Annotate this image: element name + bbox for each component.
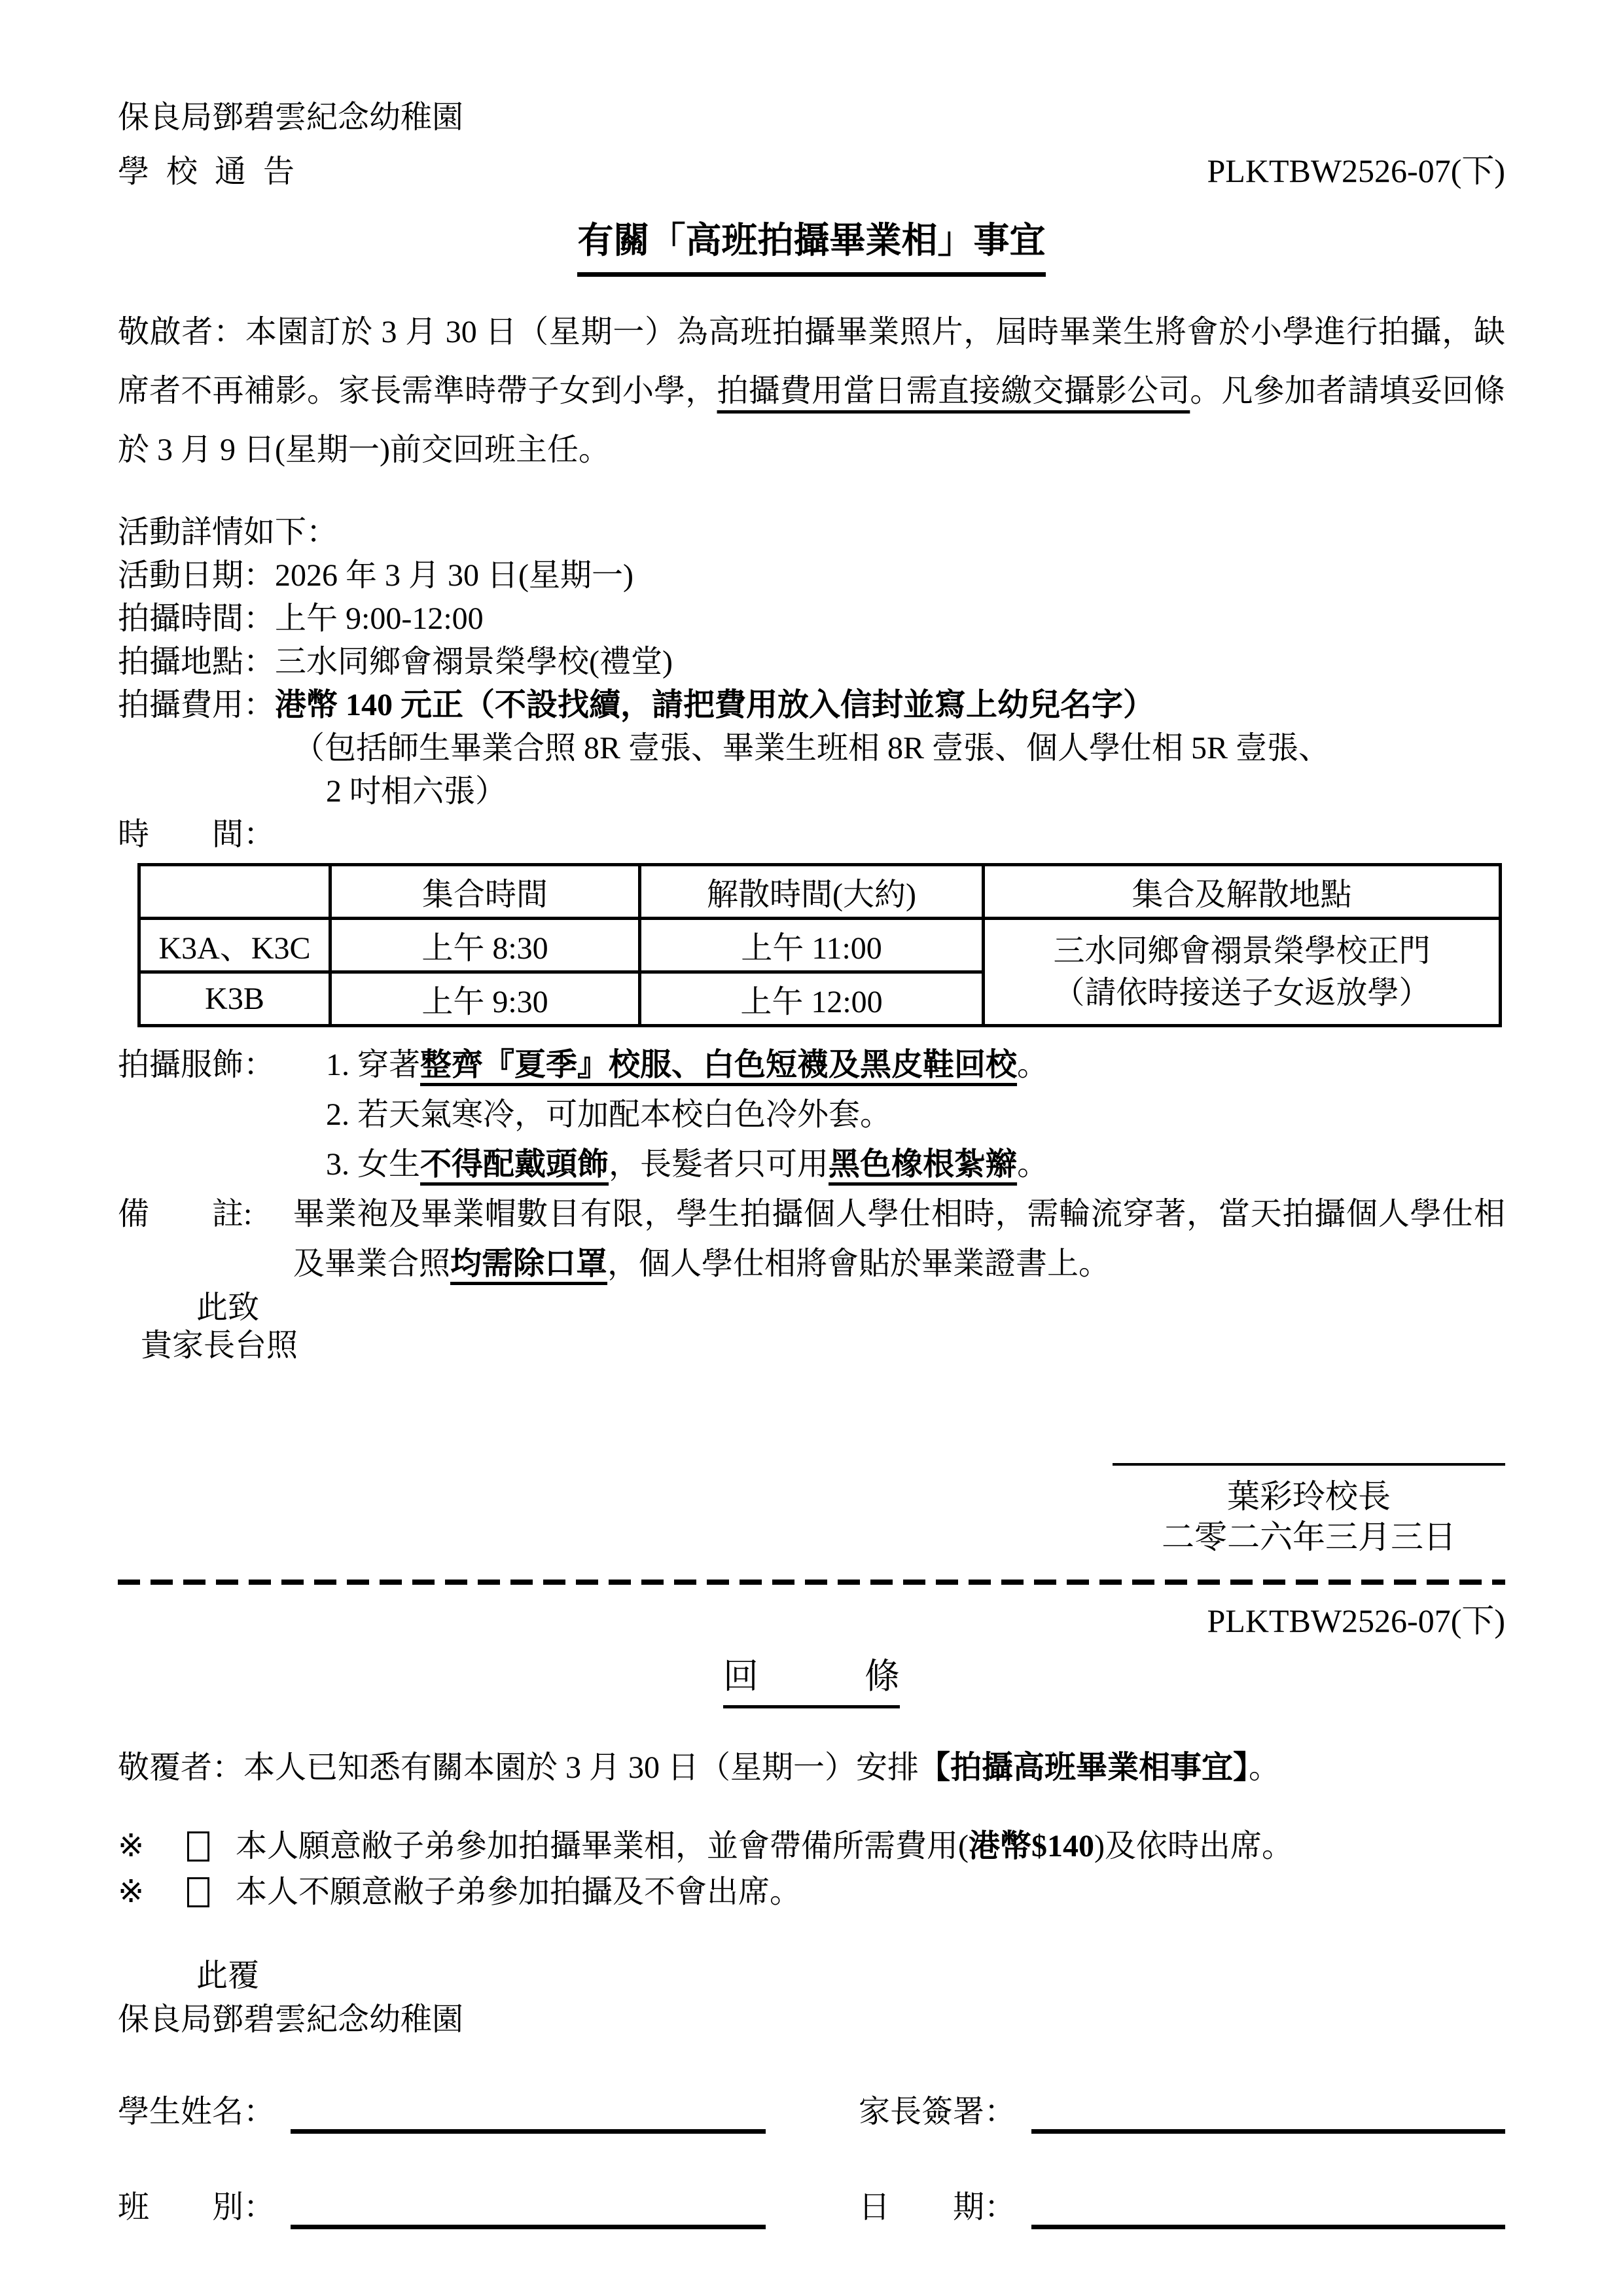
schedule-table: 集合時間 解散時間(大約) 集合及解散地點 K3A、K3C 上午 8:30 上午… (137, 863, 1502, 1027)
event-details: 活動詳情如下： 活動日期：2026 年 3 月 30 日(星期一) 拍攝時間：上… (118, 511, 1505, 857)
attire-item1-prefix: 1. 穿著 (326, 1048, 420, 1082)
parent-sign-group: 家長簽署： (859, 2091, 1505, 2134)
ack-suffix: 。 (1249, 1750, 1280, 1785)
intro-text-underlined: 拍攝費用當日需直接繳交攝影公司 (717, 374, 1190, 408)
schedule-label: 時 間： (118, 813, 1505, 857)
remarks-label: 備 註: (118, 1190, 293, 1289)
parent-sign-label: 家長簽署： (859, 2091, 1016, 2134)
event-venue-value: 三水同鄉會禤景榮學校(禮堂) (275, 645, 673, 679)
school-notice-page: 保良局鄧碧雲紀念幼稚園 學 校 通 告 PLKTBW2526-07(下) 有關「… (0, 0, 1623, 2296)
form-row-2: 班 別： 日 期： (118, 2186, 1505, 2229)
student-name-label: 學生姓名： (118, 2091, 275, 2134)
fee-note-line2: 2 吋相六張） (326, 770, 1505, 813)
form-row-1: 學生姓名： 家長簽署： (118, 2091, 1505, 2134)
reply-school-name: 保良局鄧碧雲紀念幼稚園 (118, 2000, 1505, 2040)
option1-fee-emph: 港幣$140 (969, 1829, 1094, 1863)
event-time-line: 拍攝時間：上午 9:00-12:00 (118, 597, 1505, 641)
date-input-line[interactable] (1031, 2188, 1505, 2229)
attire-item1-suffix: 。 (1017, 1048, 1048, 1082)
date-label: 日 期： (859, 2186, 1016, 2229)
option1-suffix: )及依時出席。 (1094, 1829, 1293, 1863)
reference-mark: ※ (118, 1869, 187, 1915)
event-date-line: 活動日期：2026 年 3 月 30 日(星期一) (118, 554, 1505, 597)
notice-header-row: 學 校 通 告 PLKTBW2526-07(下) (118, 150, 1505, 192)
checkbox-decline[interactable] (187, 1877, 209, 1907)
event-time-value: 上午 9:00-12:00 (275, 601, 484, 636)
attire-item-2: 2. 若天氣寒冷，可加配本校白色冷外套。 (326, 1090, 1505, 1140)
header-assembly-cell: 集合時間 (330, 865, 640, 919)
reply-acknowledgement: 敬覆者：本人已知悉有關本園於 3 月 30 日（星期一）安排【拍攝高班畢業相事宜… (118, 1745, 1505, 1791)
assembly-cell: 上午 9:30 (330, 972, 640, 1026)
details-heading: 活動詳情如下： (118, 511, 1505, 554)
reply-reference-number: PLKTBW2526-07(下) (118, 1600, 1505, 1641)
date-group: 日 期： (859, 2186, 1505, 2229)
option-decline-row: ※ 本人不願意敝子弟參加拍攝及不會出席。 (118, 1869, 1505, 1915)
event-venue-label: 拍攝地點： (118, 645, 275, 679)
header-location-cell: 集合及解散地點 (984, 865, 1501, 919)
intro-paragraph: 敬啟者：本園訂於 3 月 30 日（星期一）為高班拍攝畢業照片，屆時畢業生將會於… (118, 303, 1505, 480)
reply-slip-title: 回 條 (723, 1651, 900, 1708)
attire-items: 1. 穿著整齊『夏季』校服、白色短襪及黑皮鞋回校。 2. 若天氣寒冷，可加配本校… (326, 1040, 1505, 1190)
dismissal-cell: 上午 12:00 (640, 972, 984, 1026)
remarks-section: 備 註: 畢業袍及畢業帽數目有限，學生拍攝個人學仕相時，需輪流穿著，當天拍攝個人… (118, 1190, 1505, 1289)
parent-sign-input-line[interactable] (1031, 2093, 1505, 2134)
option-attend-row: ※ 本人願意敝子弟參加拍攝畢業相，並會帶備所需費用(港幣$140)及依時出席。 (118, 1824, 1505, 1869)
header-class-cell (139, 865, 330, 919)
attire-item3-suffix: 。 (1017, 1147, 1048, 1182)
notice-type-label: 學 校 通 告 (118, 152, 294, 192)
ack-emph: 【拍攝高班畢業相事宜】 (919, 1750, 1249, 1785)
option-decline-text: 本人不願意敝子弟參加拍攝及不會出席。 (236, 1869, 801, 1915)
class-cell: K3A、K3C (139, 919, 330, 972)
attire-item3-prefix: 3. 女生 (326, 1147, 420, 1182)
closing-addressee: 貴家長台照 (118, 1327, 1505, 1365)
student-name-input-line[interactable] (291, 2093, 766, 2134)
principal-name: 葉彩玲校長 (1113, 1477, 1505, 1515)
class-input-line[interactable] (291, 2188, 766, 2229)
signature-date: 二零二六年三月三日 (1113, 1518, 1505, 1556)
remarks-text-after: ，個人學仕相將會貼於畢業證書上。 (607, 1246, 1110, 1281)
schedule-header-row: 集合時間 解散時間(大約) 集合及解散地點 (139, 865, 1501, 919)
signature-block: 葉彩玲校長 二零二六年三月三日 (1113, 1463, 1505, 1556)
attire-item3-mid: ，長髮者只可用 (609, 1147, 829, 1182)
dismissal-cell: 上午 11:00 (640, 919, 984, 972)
ack-prefix: 敬覆者：本人已知悉有關本園於 3 月 30 日（星期一）安排 (118, 1750, 919, 1785)
event-venue-line: 拍攝地點：三水同鄉會禤景榮學校(禮堂) (118, 641, 1505, 684)
attire-item3-emph2: 黑色橡根紮辮 (829, 1147, 1017, 1182)
student-name-group: 學生姓名： (118, 2091, 766, 2134)
signature-line (1113, 1463, 1505, 1466)
event-fee-label: 拍攝費用： (118, 688, 275, 722)
location-cell: 三水同鄉會禤景榮學校正門 （請依時接送子女返放學） (984, 919, 1501, 1026)
event-fee-value: 港幣 140 元正（不設找續，請把費用放入信封並寫上幼兒名字） (275, 688, 1154, 722)
dashed-separator (118, 1580, 1505, 1585)
title-wrap: 有關「高班拍攝畢業相」事宜 (118, 213, 1505, 277)
header-dismissal-cell: 解散時間(大約) (640, 865, 984, 919)
option1-prefix: 本人願意敝子弟參加拍攝畢業相，並會帶備所需費用( (236, 1829, 969, 1863)
attire-item-3: 3. 女生不得配戴頭飾，長髮者只可用黑色橡根紮辮。 (326, 1140, 1505, 1190)
checkbox-attend[interactable] (187, 1831, 209, 1862)
page-title: 有關「高班拍攝畢業相」事宜 (577, 213, 1045, 277)
school-name: 保良局鄧碧雲紀念幼稚園 (118, 98, 1505, 137)
assembly-cell: 上午 8:30 (330, 919, 640, 972)
class-label: 班 別： (118, 2186, 275, 2229)
attire-label: 拍攝服飾： (118, 1040, 326, 1190)
attire-section: 拍攝服飾： 1. 穿著整齊『夏季』校服、白色短襪及黑皮鞋回校。 2. 若天氣寒冷… (118, 1040, 1505, 1190)
reference-number: PLKTBW2526-07(下) (1207, 150, 1506, 191)
reply-title-wrap: 回 條 (118, 1651, 1505, 1708)
option-attend-text: 本人願意敝子弟參加拍攝畢業相，並會帶備所需費用(港幣$140)及依時出席。 (236, 1824, 1293, 1869)
event-time-label: 拍攝時間： (118, 601, 275, 636)
attire-item1-emph: 整齊『夏季』校服、白色短襪及黑皮鞋回校 (420, 1048, 1017, 1082)
class-group: 班 別： (118, 2186, 766, 2229)
closing-cizhi: 此致 (118, 1289, 1505, 1327)
attire-item3-emph1: 不得配戴頭飾 (420, 1147, 609, 1182)
class-cell: K3B (139, 972, 330, 1026)
event-fee-line: 拍攝費用：港幣 140 元正（不設找續，請把費用放入信封並寫上幼兒名字） (118, 684, 1505, 727)
attire-item-1: 1. 穿著整齊『夏季』校服、白色短襪及黑皮鞋回校。 (326, 1040, 1505, 1090)
event-date-label: 活動日期： (118, 558, 275, 593)
reply-cifu: 此覆 (118, 1957, 1505, 1995)
table-row: K3A、K3C 上午 8:30 上午 11:00 三水同鄉會禤景榮學校正門 （請… (139, 919, 1501, 972)
reference-mark: ※ (118, 1824, 187, 1869)
remarks-text: 畢業袍及畢業帽數目有限，學生拍攝個人學仕相時，需輪流穿著，當天拍攝個人學仕相及畢… (293, 1190, 1505, 1289)
event-date-value: 2026 年 3 月 30 日(星期一) (275, 558, 633, 593)
remarks-text-emph: 均需除口罩 (450, 1246, 607, 1281)
location-line1: 三水同鄉會禤景榮學校正門 (990, 930, 1493, 972)
location-line2: （請依時接送子女返放學） (990, 972, 1493, 1014)
fee-note-line1: （包括師生畢業合照 8R 壹張、畢業生班相 8R 壹張、個人學仕相 5R 壹張、 (293, 727, 1505, 770)
